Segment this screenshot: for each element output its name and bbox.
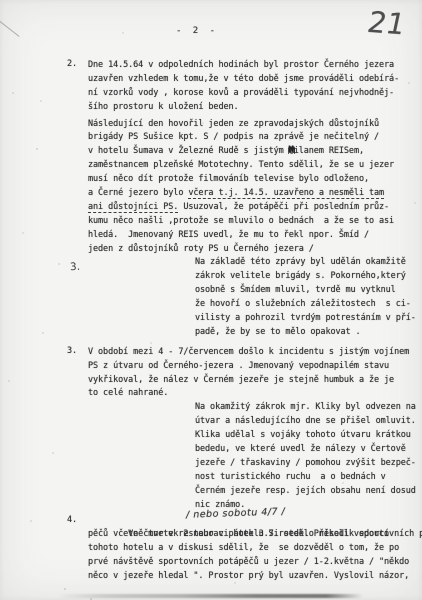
underlined-segment: ani důstojníci PS.: [88, 202, 178, 213]
typed-line: útvar a následujícího dne se přišel omlu…: [195, 415, 418, 429]
typed-segment: Ve čtvrtek 2 nebo v pátek 3.7. sedělo ně…: [128, 529, 422, 539]
typed-line: hledá. Jmenovaný REIS uvedl, že mu to ře…: [88, 229, 418, 243]
indented-response-block-2: Na okamžitý zákrok mjr. Kliky byl odveze…: [195, 401, 418, 512]
typed-segment: Usuzoval, že potápěči při posledním průz…: [178, 202, 389, 212]
typed-line: musí něco dít protože filmováníb televis…: [88, 173, 418, 187]
typed-line: šího prostoru k uložení beden.: [88, 101, 418, 115]
paragraph-2: 2. Dne 14.5.64 v odpoledních hodinách by…: [88, 59, 418, 256]
handwritten-interline-note: / nebo sobotu 4/7 /: [186, 505, 286, 522]
paragraph-4-number: 4.: [67, 515, 77, 525]
paragraph-3: 3. V období mezi 4 - 7/červencem došlo k…: [88, 346, 418, 402]
typed-segment: ilanem REISem,: [294, 146, 364, 156]
handwritten-margin-note: 3.: [70, 261, 81, 274]
scan-noise-speckles: [0, 0, 2, 2]
typed-line: Klika udělal s vojáky tohoto útvaru krát…: [195, 429, 418, 443]
underlined-segment: včera t.j. 14.5. uzavřeno a nesměli tam: [188, 188, 384, 199]
document-body: 2. Dne 14.5.64 v odpoledních hodinách by…: [88, 59, 418, 584]
typed-line: Na okamžitý zákrok mjr. Kliky byl odveze…: [195, 401, 418, 415]
typed-line: kumu něco našli ,protože se mluvilo o be…: [88, 215, 418, 229]
typed-line: prvé návštěvě sportovních potápěčů u jez…: [88, 556, 418, 570]
typed-segment: a Černé jezero bylo: [88, 188, 188, 198]
paragraph-2-number: 2.: [67, 59, 77, 69]
paragraph-3-number: 3.: [67, 346, 77, 356]
typed-line: Černém jezeře resp. jejích obsahu není d…: [195, 485, 418, 499]
typed-line: ani důstojníci PS. Usuzoval, že potápěči…: [88, 201, 418, 215]
typed-line: PS z útvaru od Černého-jezera . Jmenovan…: [88, 360, 418, 374]
typed-line: vilisty a pohrozil tvrdým potrestáním v …: [195, 312, 418, 326]
typed-line: Ve čtvrtek 2 nebo v pátek 3.7. sedělo ně…: [88, 515, 418, 529]
typed-line: V období mezi 4 - 7/červencem došlo k in…: [88, 346, 418, 360]
typed-line: nost turistického ruchu a o bednách v: [195, 471, 418, 485]
typed-line: že hovoří o služebních záležitostech s c…: [195, 298, 418, 312]
paragraph-4: 4. Ve čtvrtek 2 nebo v pátek 3.7. sedělo…: [88, 515, 418, 584]
overwritten-letter: M: [289, 146, 294, 156]
typed-line: a Černé jezero bylo včera t.j. 14.5. uza…: [88, 187, 418, 201]
handwritten-corner-number: 21: [365, 5, 409, 41]
typed-line: zaměstnancem plzeňské Mototechny. Tento …: [88, 159, 418, 173]
typed-line: to celé nahrané.: [88, 387, 418, 401]
typed-line: v hotelu Šumava v Železné Rudě s jistým …: [88, 145, 418, 159]
typed-line: zákrok velitele brigády s. Pokorného,kte…: [195, 270, 418, 284]
typed-line: padě, že by se to mělo opakovat .: [195, 326, 418, 340]
typed-line: uzavřen vzhledem k tomu,že v této době j…: [88, 73, 418, 87]
typed-line: jezeře / třaskaviny / pomohou zvýšit bez…: [195, 457, 418, 471]
typed-line: brigády PS Sušice kpt. S / podpis na zpr…: [88, 131, 418, 145]
typed-line: Následující den hovořil jeden ze zpravod…: [88, 118, 418, 132]
typed-line: ní vzorků vody , korose kovů a prováděli…: [88, 87, 418, 101]
typed-line: vykřikoval, že nález v Černém jezeře je …: [88, 374, 418, 388]
typed-line: Dne 14.5.64 v odpoledních hodinách byl p…: [88, 59, 418, 73]
typed-line: osobně s Šmídem mluvil, tvrdě mu vytknul: [195, 284, 418, 298]
typed-line: Na základě této zprávy byl udělán okamži…: [195, 256, 418, 270]
typed-line: něco v jezeře hledal ". Prostor prý byl …: [88, 570, 418, 584]
typed-line: tohoto hotelu a v diskusi sdělil, že se …: [88, 542, 418, 556]
page-number: - 2 -: [0, 26, 408, 36]
typed-segment: v hotelu Šumava v Železné Rudě s jistým: [88, 146, 289, 156]
typed-line: jeden z důstojníků roty PS u Černého jez…: [88, 243, 418, 257]
typed-line: bededu, ve které uvedl že nálezy v Čerto…: [195, 443, 418, 457]
scan-bottom-smudge: [58, 594, 363, 598]
scanned-document-page: - 2 - 21 3. 2. Dne 14.5.64 v odpoledních…: [0, 0, 422, 600]
indented-response-block-1: Na základě této zprávy byl udělán okamži…: [195, 256, 418, 339]
